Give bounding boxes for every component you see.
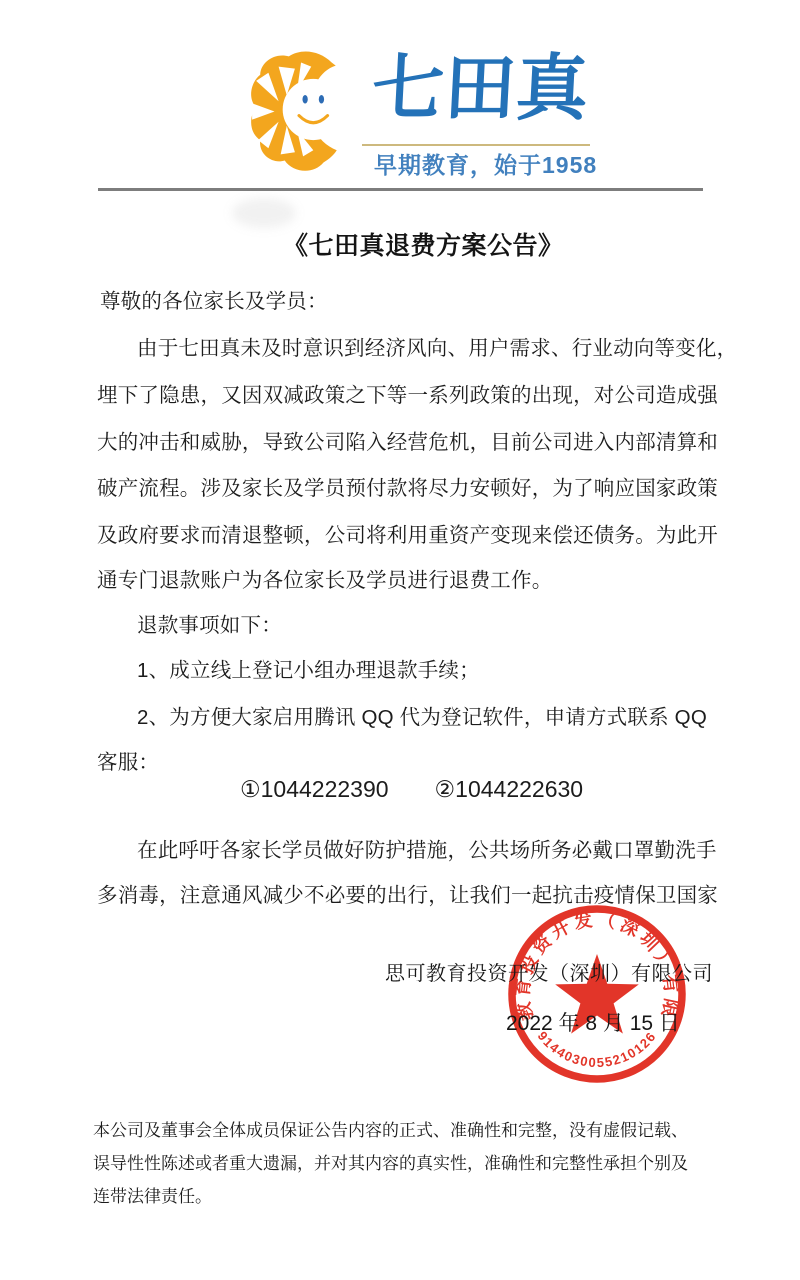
paragraph-line: 由于七田真未及时意识到经济风向、用户需求、行业动向等变化， <box>137 331 737 361</box>
disclaimer-line: 连带法律责任。 <box>93 1180 688 1213</box>
salutation: 尊敬的各位家长及学员： <box>100 284 328 314</box>
brand-name: 七田真 <box>370 46 591 132</box>
header-divider <box>98 188 703 191</box>
paragraph-line: 破产流程。涉及家长及学员预付款将尽力安顿好，为了响应国家政策 <box>97 471 718 501</box>
qq-number-2: ②1044222630 <box>435 776 584 802</box>
paragraph-line: 通专门退款账户为各位家长及学员进行退费工作。 <box>97 563 552 593</box>
qq-number-1: ①1044222390 <box>240 776 389 802</box>
brand-underline <box>362 144 590 146</box>
refund-item-1: 1、成立线上登记小组办理退款手续； <box>137 653 480 683</box>
sun-smiley-logo-icon <box>248 48 350 174</box>
signature-company: 思可教育投资开发（深圳）有限公司 <box>385 957 713 986</box>
paragraph-line: 大的冲击和威胁，导致公司陷入经营危机，目前公司进入内部清算和 <box>97 425 718 455</box>
refund-item-2-cont: 客服： <box>97 745 159 775</box>
scan-artifact <box>232 198 296 228</box>
brand-tagline: 早期教育，始于1958 <box>374 147 597 180</box>
qq-numbers-row: ①1044222390②1044222630 <box>240 776 583 803</box>
refund-heading: 退款事项如下： <box>137 608 282 638</box>
paragraph-line: 及政府要求而清退整顿，公司将利用重资产变现来偿还债务。为此开 <box>97 518 718 548</box>
announcement-page: 七田真 早期教育，始于1958 《七田真退费方案公告》 尊敬的各位家长及学员： … <box>0 0 800 1280</box>
appeal-line: 在此呼吁各家长学员做好防护措施，公共场所务必戴口罩勤洗手 <box>137 833 717 863</box>
disclaimer-line: 本公司及董事会全体成员保证公告内容的正式、准确性和完整，没有虚假记载、 <box>93 1114 688 1147</box>
disclaimer: 本公司及董事会全体成员保证公告内容的正式、准确性和完整，没有虚假记载、 误导性性… <box>93 1114 688 1213</box>
disclaimer-line: 误导性性陈述或者重大遗漏，并对其内容的真实性，准确性和完整性承担个别及 <box>93 1147 688 1180</box>
paragraph-line: 埋下了隐患，又因双减政策之下等一系列政策的出现，对公司造成强 <box>97 378 718 408</box>
page-title: 《七田真退费方案公告》 <box>283 226 564 262</box>
signature-date: 2022 年 8 月 15 日 <box>506 1007 680 1037</box>
refund-item-2: 2、为方便大家启用腾讯 QQ 代为登记软件，申请方式联系 QQ <box>137 700 707 730</box>
company-seal-stamp: 思可教育投资开发（深圳）有限公司 9144030055210126 <box>497 894 697 1094</box>
